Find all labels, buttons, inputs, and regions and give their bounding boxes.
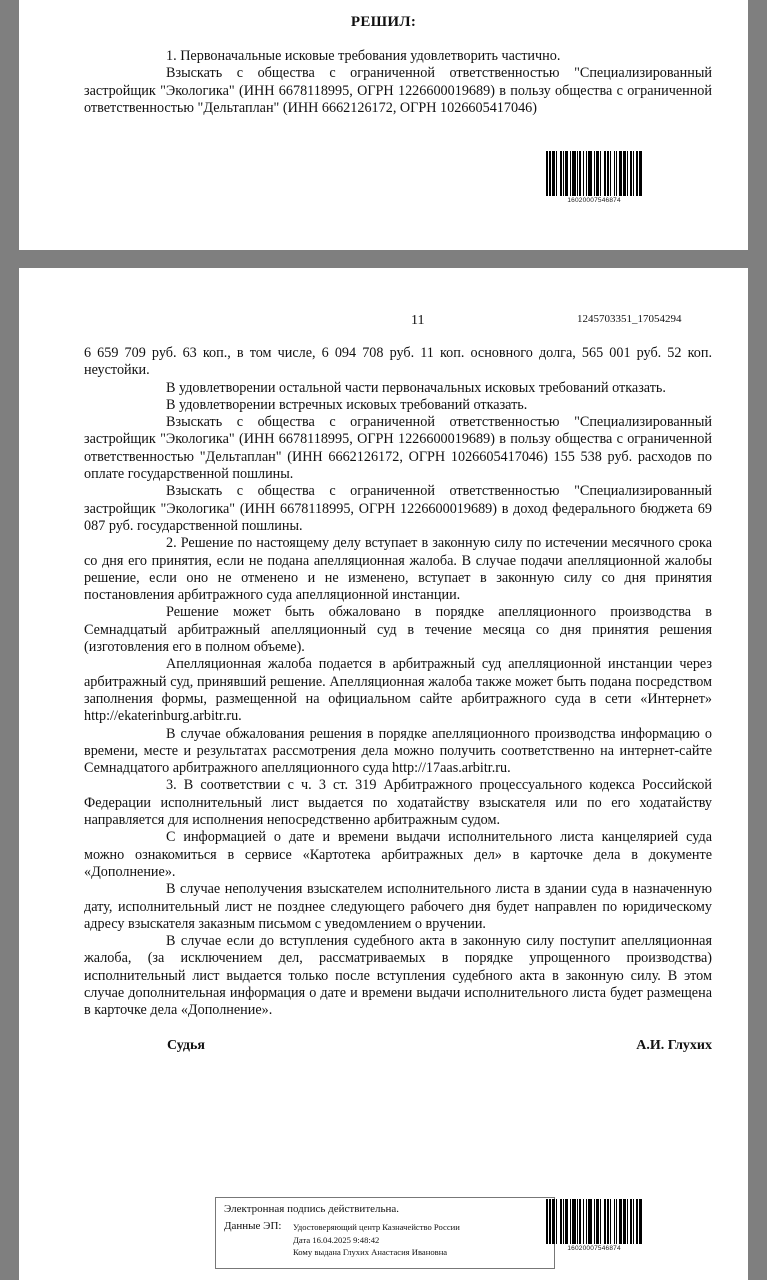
signature-issued-to: Кому выдана Глухих Анастасия Ивановна bbox=[293, 1246, 460, 1259]
paragraph: Взыскать с общества с ограниченной ответ… bbox=[84, 414, 712, 483]
paragraph: В случае если до вступления судебного ак… bbox=[84, 933, 712, 1019]
paragraph: В случае обжалования решения в порядке а… bbox=[84, 726, 712, 778]
paragraph: 2. Решение по настоящему делу вступает в… bbox=[84, 535, 712, 604]
signature-status: Электронная подпись действительна. bbox=[224, 1203, 399, 1215]
signature-issuer: Удостоверяющий центр Казначейство России bbox=[293, 1221, 460, 1234]
barcode-number: 16020007546874 bbox=[567, 1245, 620, 1252]
barcode: 16020007546874 bbox=[546, 1199, 642, 1252]
signature-date: Дата 16.04.2025 9:48:42 bbox=[293, 1234, 460, 1247]
page2-body: 6 659 709 руб. 63 коп., в том числе, 6 0… bbox=[84, 345, 712, 1020]
signature-data-label: Данные ЭП: bbox=[224, 1220, 281, 1232]
paragraph: В удовлетворении остальной части первона… bbox=[84, 380, 712, 397]
paragraph: С информацией о дате и времени выдачи ис… bbox=[84, 829, 712, 881]
paragraph: 1. Первоначальные исковые требования удо… bbox=[84, 48, 712, 65]
barcode-number: 16020007546874 bbox=[567, 197, 620, 204]
case-id: 1245703351_17054294 bbox=[577, 313, 682, 325]
barcode-bars bbox=[546, 1199, 642, 1244]
page-number: 11 bbox=[411, 313, 424, 329]
page1-body: 1. Первоначальные исковые требования удо… bbox=[84, 48, 712, 117]
paragraph: 6 659 709 руб. 63 коп., в том числе, 6 0… bbox=[84, 345, 712, 380]
barcode-bars bbox=[546, 151, 642, 196]
paragraph: В удовлетворении встречных исковых требо… bbox=[84, 397, 712, 414]
paragraph: Взыскать с общества с ограниченной ответ… bbox=[84, 65, 712, 117]
judge-label: Судья bbox=[84, 1038, 205, 1054]
paragraph: 3. В соответствии с ч. 3 ст. 319 Арбитра… bbox=[84, 777, 712, 829]
paragraph: Апелляционная жалоба подается в арбитраж… bbox=[84, 656, 712, 725]
judge-signature-row: Судья А.И. Глухих bbox=[84, 1038, 712, 1054]
signature-details: Удостоверяющий центр Казначейство России… bbox=[293, 1221, 460, 1259]
document-page-previous: РЕШИЛ: 1. Первоначальные исковые требова… bbox=[19, 0, 748, 250]
paragraph: Решение может быть обжаловано в порядке … bbox=[84, 604, 712, 656]
paragraph: Взыскать с общества с ограниченной ответ… bbox=[84, 483, 712, 535]
judge-name: А.И. Глухих bbox=[636, 1038, 712, 1054]
electronic-signature-box: Электронная подпись действительна. Данны… bbox=[215, 1197, 555, 1269]
paragraph: В случае неполучения взыскателем исполни… bbox=[84, 881, 712, 933]
document-page-current: 11 1245703351_17054294 6 659 709 руб. 63… bbox=[19, 268, 748, 1280]
resolution-heading: РЕШИЛ: bbox=[19, 14, 748, 31]
barcode: 16020007546874 bbox=[546, 151, 642, 204]
